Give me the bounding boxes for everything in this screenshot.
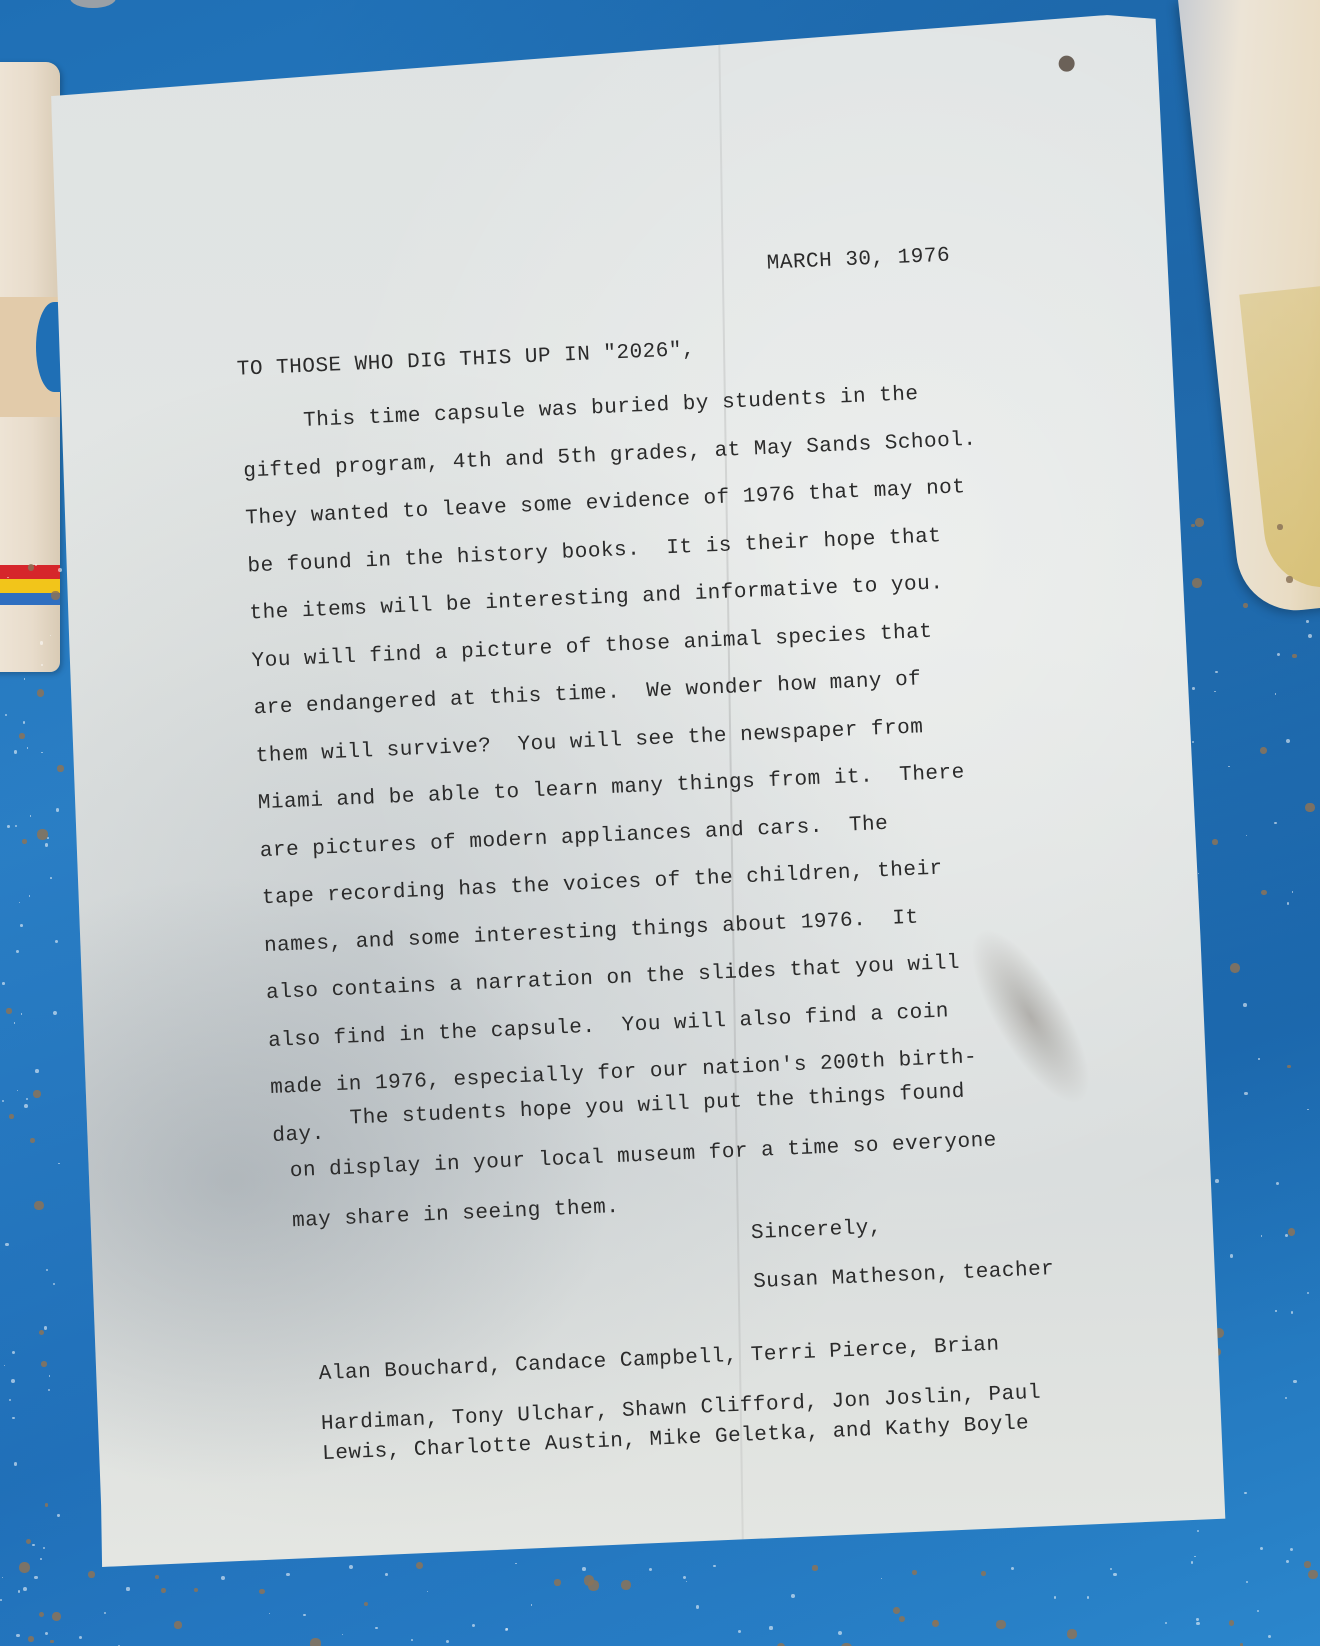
tarp-speck bbox=[1198, 873, 1199, 874]
dirt-speck bbox=[996, 1620, 1005, 1629]
tarp-speck bbox=[48, 1389, 50, 1391]
tarp-speck bbox=[1192, 687, 1195, 690]
tarp-speck bbox=[41, 752, 42, 753]
tarp-speck bbox=[5, 1243, 9, 1247]
tarp-speck bbox=[2, 982, 5, 985]
dirt-speck bbox=[37, 689, 45, 697]
tarp-speck bbox=[1215, 671, 1218, 674]
tarp-speck bbox=[1308, 634, 1312, 638]
tarp-speck bbox=[1054, 1596, 1057, 1599]
tarp-speck bbox=[20, 924, 23, 927]
tarp-speck bbox=[1215, 1179, 1219, 1183]
tarp-speck bbox=[24, 1104, 28, 1108]
letter-date: MARCH 30, 1976 bbox=[766, 245, 950, 276]
tarp-speck bbox=[58, 568, 62, 572]
tarp-speck bbox=[342, 1634, 343, 1635]
dirt-speck bbox=[1288, 1228, 1296, 1236]
dirt-speck bbox=[34, 1201, 43, 1210]
tarp-speck bbox=[1194, 1556, 1195, 1557]
dirt-speck bbox=[57, 765, 64, 772]
tarp-speck bbox=[411, 1639, 413, 1641]
dirt-speck bbox=[981, 1571, 986, 1576]
tarp-speck bbox=[1246, 835, 1247, 836]
tarp-speck bbox=[34, 1576, 37, 1579]
tarp-speck bbox=[375, 1627, 377, 1629]
tarp-speck bbox=[24, 678, 25, 679]
dirt-speck bbox=[19, 1562, 30, 1573]
dirt-speck bbox=[19, 733, 25, 739]
tarp-speck bbox=[427, 1591, 428, 1592]
paragraph-1: This time capsule was buried by students… bbox=[241, 378, 1007, 1169]
dirt-speck bbox=[1067, 1629, 1077, 1639]
dirt-speck bbox=[812, 1565, 817, 1570]
dirt-speck bbox=[1191, 524, 1194, 527]
tarp-speck bbox=[881, 1578, 882, 1579]
tarp-speck bbox=[5, 714, 7, 716]
tarp-speck bbox=[35, 1069, 39, 1073]
tarp-speck bbox=[1011, 1567, 1014, 1570]
tarp-speck bbox=[27, 747, 29, 749]
tarp-speck bbox=[1285, 1397, 1287, 1399]
dirt-speck bbox=[174, 1621, 182, 1629]
tarp-speck bbox=[385, 1573, 388, 1576]
tarp-speck bbox=[1306, 620, 1309, 623]
tarp-speck bbox=[286, 1573, 290, 1577]
tarp-speck bbox=[56, 808, 59, 811]
dirt-speck bbox=[554, 1579, 561, 1586]
dirt-speck bbox=[22, 839, 27, 844]
dirt-speck bbox=[51, 591, 60, 600]
tarp-speck bbox=[45, 1632, 49, 1636]
tarp-speck bbox=[1243, 1003, 1247, 1007]
tarp-speck bbox=[7, 577, 9, 579]
tarp-speck bbox=[30, 815, 31, 816]
tarp-speck bbox=[44, 1326, 48, 1330]
tarp-speck bbox=[4, 1365, 5, 1366]
dirt-speck bbox=[9, 1114, 14, 1119]
tarp-speck bbox=[17, 1090, 18, 1091]
tarp-speck bbox=[505, 1628, 508, 1631]
tarp-speck bbox=[1275, 1310, 1276, 1311]
tarp-speck bbox=[838, 1631, 842, 1635]
tarp-speck bbox=[1165, 1622, 1167, 1624]
dirt-speck bbox=[33, 1090, 41, 1098]
dirt-speck bbox=[194, 1588, 198, 1592]
dirt-speck bbox=[912, 1570, 917, 1575]
letter-closing: Sincerely, Susan Matheson, teacher bbox=[751, 1209, 1056, 1320]
dirt-speck bbox=[6, 1008, 12, 1014]
tarp-speck bbox=[29, 895, 30, 896]
dirt-speck bbox=[1260, 747, 1267, 754]
tarp-speck bbox=[1277, 653, 1280, 656]
tarp-speck bbox=[769, 1626, 772, 1629]
dirt-speck bbox=[1287, 1065, 1290, 1068]
tarp-speck bbox=[57, 1514, 59, 1516]
tarp-speck bbox=[0, 1599, 2, 1601]
dirt-speck bbox=[1261, 890, 1267, 896]
tarp-speck bbox=[1286, 739, 1290, 743]
tarp-speck bbox=[46, 1269, 48, 1271]
tarp-speck bbox=[40, 641, 44, 645]
tarp-speck bbox=[1293, 1380, 1297, 1384]
tarp-speck bbox=[1260, 1547, 1263, 1550]
tarp-speck bbox=[696, 1605, 699, 1608]
tarp-speck bbox=[1291, 1311, 1294, 1314]
tarp-speck bbox=[32, 1544, 34, 1546]
tarp-speck bbox=[791, 1594, 795, 1598]
dirt-speck bbox=[37, 829, 48, 840]
dirt-speck bbox=[1195, 518, 1204, 527]
tarp-speck bbox=[515, 1563, 517, 1565]
student-names: Alan Bouchard, Candace Campbell, Terri P… bbox=[318, 1332, 1042, 1466]
dirt-speck bbox=[1292, 654, 1297, 659]
tarp-speck bbox=[1196, 1622, 1199, 1625]
tarp-speck bbox=[683, 1576, 686, 1579]
tarp-speck bbox=[1191, 1561, 1193, 1563]
tarp-speck bbox=[2, 1577, 3, 1578]
tarp-speck bbox=[269, 1613, 270, 1614]
tarp-speck bbox=[1228, 766, 1230, 768]
dirt-speck bbox=[1192, 578, 1202, 588]
dirt-speck bbox=[28, 564, 35, 571]
tarp-speck bbox=[12, 1351, 15, 1354]
tarp-speck bbox=[1307, 1109, 1308, 1110]
dirt-speck bbox=[155, 1575, 159, 1579]
tarp-speck bbox=[221, 1576, 225, 1580]
tarp-speck bbox=[531, 1604, 533, 1606]
dirt-speck bbox=[88, 1571, 95, 1578]
tarp-speck bbox=[1246, 1581, 1248, 1583]
yellowed-wrap bbox=[1239, 282, 1320, 593]
dirt-speck bbox=[52, 1612, 61, 1621]
tarp-speck bbox=[40, 1558, 42, 1560]
dirt-speck bbox=[1243, 603, 1248, 608]
dirt-speck bbox=[50, 1640, 53, 1643]
dirt-speck bbox=[584, 1575, 595, 1586]
tarp-speck bbox=[21, 1013, 23, 1015]
tarp-speck bbox=[50, 877, 52, 879]
tarp-speck bbox=[1274, 822, 1277, 825]
tarp-speck bbox=[26, 1098, 28, 1100]
tarp-speck bbox=[1113, 1573, 1116, 1576]
tarp-speck bbox=[55, 940, 58, 943]
dirt-speck bbox=[39, 1330, 44, 1335]
tarp-speck bbox=[19, 902, 20, 903]
dirt-speck bbox=[1212, 839, 1218, 845]
tarp-speck bbox=[1087, 1596, 1089, 1598]
dirt-speck bbox=[26, 1539, 31, 1544]
dirt-speck bbox=[1308, 1570, 1317, 1579]
dirt-speck bbox=[1286, 576, 1293, 583]
tarp-speck bbox=[104, 1612, 107, 1615]
tarp-speck bbox=[7, 825, 10, 828]
dirt-speck bbox=[364, 1602, 368, 1606]
tarp-speck bbox=[582, 1567, 586, 1571]
tarp-speck bbox=[1192, 741, 1194, 743]
tarp-speck bbox=[14, 750, 18, 754]
dirt-speck bbox=[893, 1607, 900, 1614]
tarp-speck bbox=[14, 1022, 16, 1024]
tarp-speck bbox=[1197, 1530, 1199, 1532]
tarp-speck bbox=[126, 1587, 129, 1590]
dirt-speck bbox=[1229, 1620, 1235, 1626]
tarp-speck bbox=[1196, 1618, 1198, 1620]
tarp-speck bbox=[43, 1547, 45, 1549]
tarp-speck bbox=[1257, 1610, 1259, 1612]
tarp-speck bbox=[1268, 1635, 1271, 1638]
tarp-speck bbox=[1292, 891, 1294, 893]
tarp-speck bbox=[11, 1379, 15, 1383]
tarp-speck bbox=[16, 950, 19, 953]
tarp-speck bbox=[649, 1568, 652, 1571]
tarp-speck bbox=[349, 1565, 353, 1569]
dirt-speck bbox=[161, 1588, 166, 1593]
tarp-speck bbox=[2, 1100, 4, 1102]
tarp-speck bbox=[1110, 1568, 1112, 1570]
dirt-speck bbox=[1305, 803, 1314, 812]
tarp-speck bbox=[446, 1640, 449, 1643]
dirt-speck bbox=[1230, 963, 1241, 974]
dirt-speck bbox=[310, 1638, 321, 1646]
tarp-speck bbox=[1307, 1292, 1309, 1294]
letter-paper: MARCH 30, 1976 TO THOSE WHO DIG THIS UP … bbox=[50, 13, 1289, 1568]
dirt-speck bbox=[39, 1612, 44, 1617]
tarp-speck bbox=[1214, 691, 1216, 693]
yellow-stripe bbox=[0, 579, 60, 593]
tarp-speck bbox=[1244, 1492, 1246, 1494]
dirt-speck bbox=[41, 1361, 47, 1367]
tarp-speck bbox=[1290, 1548, 1293, 1551]
tarp-speck bbox=[472, 1624, 475, 1627]
tarp-speck bbox=[738, 1630, 741, 1633]
dirt-speck bbox=[259, 1589, 265, 1595]
tarp-speck bbox=[16, 1634, 19, 1637]
tarp-speck bbox=[53, 1283, 55, 1285]
capsule-item-left bbox=[0, 62, 60, 672]
dirt-speck bbox=[932, 1620, 940, 1628]
dirt-speck bbox=[28, 1636, 34, 1642]
tarp-speck bbox=[9, 1399, 11, 1401]
tarp-speck bbox=[1275, 693, 1276, 694]
tarp-speck bbox=[53, 1011, 57, 1015]
tarp-speck bbox=[1287, 902, 1290, 905]
tarp-speck bbox=[45, 843, 49, 847]
dirt-speck bbox=[899, 1616, 905, 1622]
tarp-speck bbox=[303, 1614, 305, 1616]
tarp-speck bbox=[23, 1587, 27, 1591]
tarp-speck bbox=[1258, 1058, 1259, 1059]
tarp-speck bbox=[1286, 1560, 1290, 1564]
dirt-speck bbox=[621, 1580, 631, 1590]
tarp-speck bbox=[1261, 1235, 1262, 1236]
dirt-speck bbox=[1304, 1561, 1311, 1568]
tarp-speck bbox=[50, 635, 51, 636]
tarp-speck bbox=[15, 825, 17, 827]
dirt-speck bbox=[45, 1503, 48, 1506]
dirt-speck bbox=[30, 1138, 35, 1143]
tarp-speck bbox=[18, 1590, 20, 1592]
tarp-speck bbox=[1276, 1182, 1279, 1185]
letter-salutation: TO THOSE WHO DIG THIS UP IN "2026", bbox=[236, 339, 695, 382]
tarp-speck bbox=[49, 1375, 51, 1377]
tarp-speck bbox=[713, 1565, 716, 1568]
tarp-speck bbox=[1244, 1092, 1247, 1095]
dirt-speck bbox=[416, 1562, 423, 1569]
tarp-speck bbox=[79, 1636, 82, 1639]
tarp-speck bbox=[14, 1462, 18, 1466]
tarp-speck bbox=[686, 1581, 687, 1582]
tarp-speck bbox=[1230, 1254, 1234, 1258]
tarp-speck bbox=[12, 1417, 15, 1420]
tarp-speck bbox=[23, 721, 25, 723]
coin-edge bbox=[70, 0, 116, 8]
tarp-speck bbox=[58, 1163, 59, 1164]
letter-text: MARCH 30, 1976 TO THOSE WHO DIG THIS UP … bbox=[50, 0, 1320, 1566]
